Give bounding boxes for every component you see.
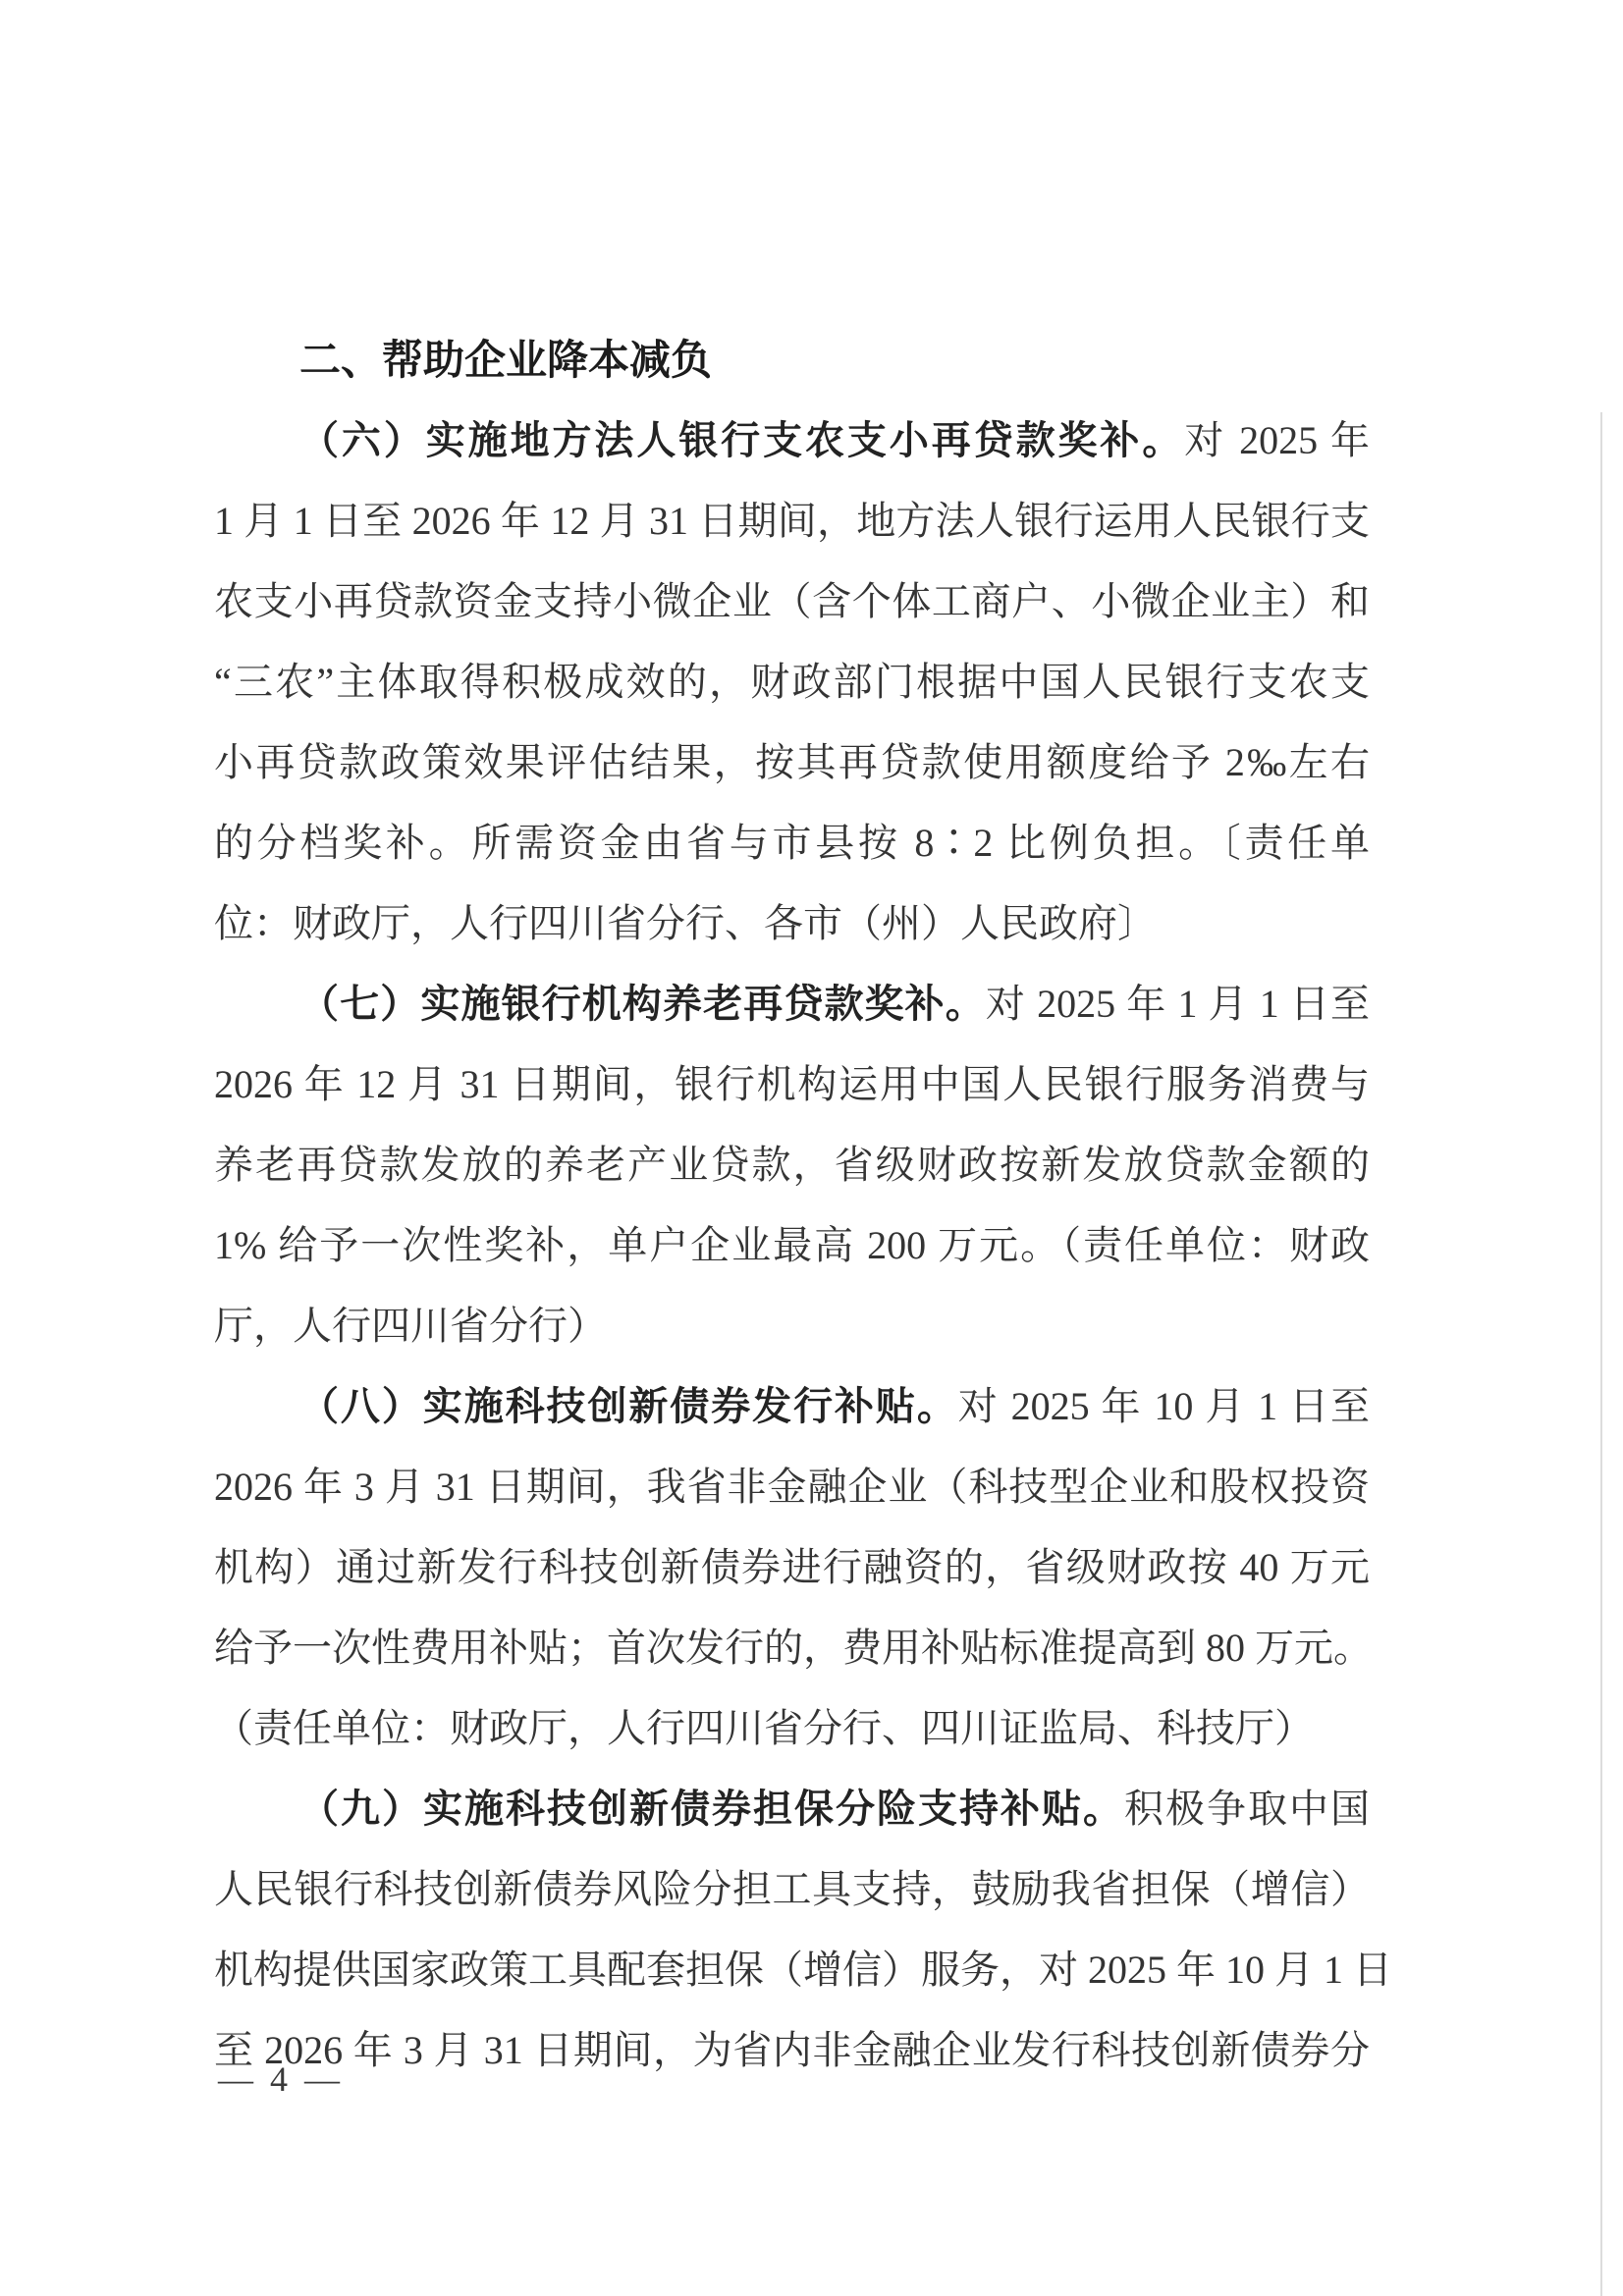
section-heading: 二、帮助企业降本减负 bbox=[214, 320, 1370, 400]
paragraph-7-line-5: 厅，人行四川省分行） bbox=[214, 1286, 1370, 1366]
clause-7-title: （七）实施银行机构养老再贷款奖补。 bbox=[299, 982, 986, 1026]
clause-6-title: （六）实施地方法人银行支农支小再贷款奖补。 bbox=[299, 418, 1184, 462]
paragraph-8-line-5: （责任单位：财政厅，人行四川省分行、四川证监局、科技厅） bbox=[214, 1688, 1370, 1769]
paragraph-6-line-5: 小再贷款政策效果评估结果，按其再贷款使用额度给予 2‰左右 bbox=[214, 722, 1370, 803]
document-text-block: 二、帮助企业降本减负 （六）实施地方法人银行支农支小再贷款奖补。对 2025 年… bbox=[214, 320, 1370, 2091]
paragraph-6-line-3: 农支小再贷款资金支持小微企业（含个体工商户、小微企业主）和 bbox=[214, 561, 1370, 642]
paragraph-7-line-3: 养老再贷款发放的养老产业贷款，省级财政按新发放贷款金额的 bbox=[214, 1125, 1370, 1205]
paragraph-8-line-1: （八）实施科技创新债券发行补贴。对 2025 年 10 月 1 日至 bbox=[214, 1366, 1370, 1447]
paragraph-8-line-4: 给予一次性费用补贴；首次发行的，费用补贴标准提高到 80 万元。 bbox=[214, 1608, 1370, 1688]
paragraph-6-line-4: “三农”主体取得积极成效的，财政部门根据中国人民银行支农支 bbox=[214, 642, 1370, 722]
paragraph-8-line-1-text: 对 2025 年 10 月 1 日至 bbox=[958, 1384, 1370, 1428]
paragraph-8-line-3: 机构）通过新发行科技创新债券进行融资的，省级财政按 40 万元 bbox=[214, 1527, 1370, 1608]
paragraph-7-line-1: （七）实施银行机构养老再贷款奖补。对 2025 年 1 月 1 日至 bbox=[214, 964, 1370, 1044]
paragraph-7-line-2: 2026 年 12 月 31 日期间，银行机构运用中国人民银行服务消费与 bbox=[214, 1044, 1370, 1125]
paragraph-6-line-6: 的分档奖补。所需资金由省与市县按 8∶2 比例负担。〔责任单 bbox=[214, 803, 1370, 883]
paragraph-7-line-4: 1% 给予一次性奖补，单户企业最高 200 万元。（责任单位：财政 bbox=[214, 1205, 1370, 1286]
scan-artifact-line bbox=[1600, 412, 1602, 2296]
paragraph-9-line-3: 机构提供国家政策工具配套担保（增信）服务，对 2025 年 10 月 1 日 bbox=[214, 1930, 1370, 2010]
document-page: 二、帮助企业降本减负 （六）实施地方法人银行支农支小再贷款奖补。对 2025 年… bbox=[0, 0, 1623, 2296]
paragraph-9-line-1: （九）实施科技创新债券担保分险支持补贴。积极争取中国 bbox=[214, 1769, 1370, 1849]
clause-8-title: （八）实施科技创新债券发行补贴。 bbox=[299, 1384, 958, 1428]
paragraph-6-line-7: 位：财政厅，人行四川省分行、各市（州）人民政府〕 bbox=[214, 883, 1370, 964]
clause-9-title: （九）实施科技创新债券担保分险支持补贴。 bbox=[299, 1787, 1124, 1831]
paragraph-6-line-2: 1 月 1 日至 2026 年 12 月 31 日期间，地方法人银行运用人民银行… bbox=[214, 481, 1370, 561]
paragraph-7-line-1-text: 对 2025 年 1 月 1 日至 bbox=[986, 982, 1370, 1026]
page-number: — 4 — bbox=[218, 2050, 340, 2109]
paragraph-8-line-2: 2026 年 3 月 31 日期间，我省非金融企业（科技型企业和股权投资 bbox=[214, 1447, 1370, 1527]
paragraph-6-line-1-text: 对 2025 年 bbox=[1184, 418, 1370, 462]
paragraph-6-line-1: （六）实施地方法人银行支农支小再贷款奖补。对 2025 年 bbox=[214, 400, 1370, 481]
paragraph-9-line-1-text: 积极争取中国 bbox=[1124, 1787, 1370, 1831]
paragraph-9-line-4: 至 2026 年 3 月 31 日期间，为省内非金融企业发行科技创新债券分 bbox=[214, 2010, 1370, 2091]
paragraph-9-line-2: 人民银行科技创新债券风险分担工具支持，鼓励我省担保（增信） bbox=[214, 1849, 1370, 1930]
